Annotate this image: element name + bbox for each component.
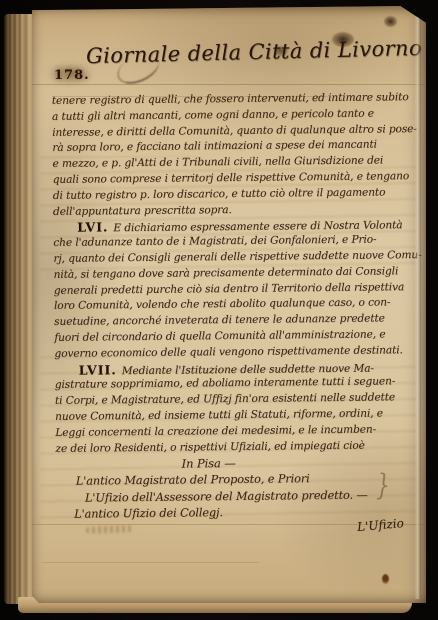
catchword: L'Ufizio xyxy=(357,516,405,534)
section-number-lvii: LVII. xyxy=(79,362,117,377)
section-number-lvi: LVI. xyxy=(77,220,108,235)
ink-blot xyxy=(384,16,397,27)
page-title: Giornale della Città di Livorno xyxy=(86,36,422,68)
crease-line xyxy=(32,84,426,85)
marginal-brace: } xyxy=(376,470,390,503)
manuscript-photo: 178. Giornale della Città di Livorno ten… xyxy=(0,0,438,620)
faint-marginal-mark xyxy=(86,525,132,534)
stain-spot xyxy=(382,574,389,584)
manuscript-page: 178. Giornale della Città di Livorno ten… xyxy=(32,6,426,603)
body-text: tenere registro di quelli, che fossero i… xyxy=(52,90,418,524)
folio-number: 178. xyxy=(54,68,90,83)
crease-line xyxy=(42,562,259,563)
